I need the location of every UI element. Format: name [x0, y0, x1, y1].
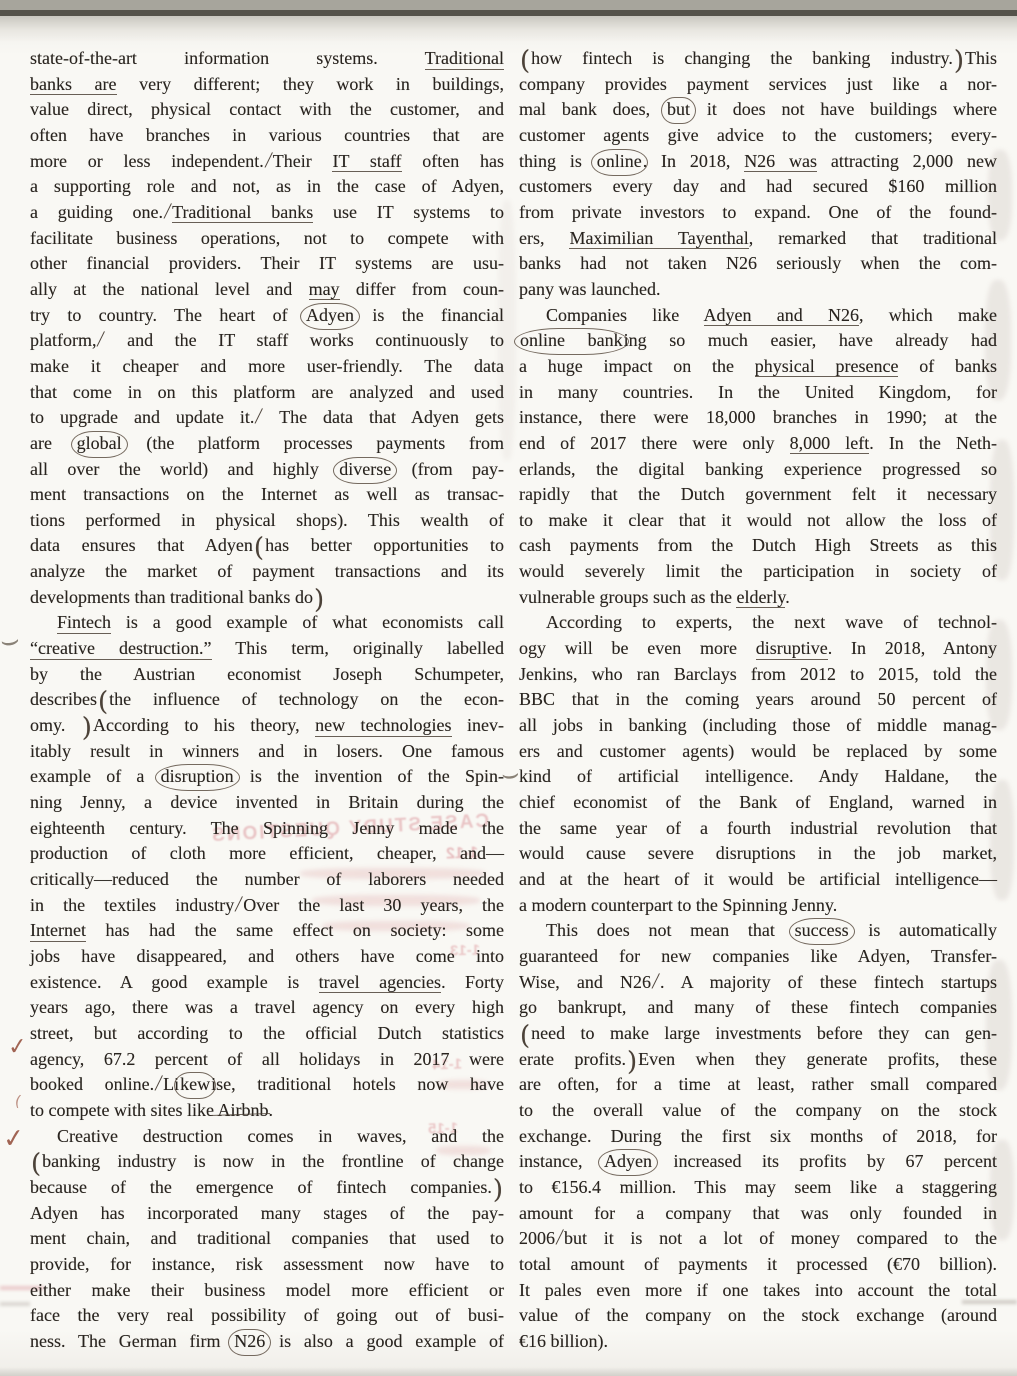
checkmark: ✓: [2, 1125, 26, 1153]
checkmark: ✓: [7, 1035, 29, 1060]
breve-check-mark: ⌣: [500, 759, 521, 789]
margin-marks: ⌣✓(✓⌣: [0, 0, 1017, 1376]
breve-check-mark: ⌣: [0, 625, 22, 657]
small-paren-mark: (: [14, 1094, 23, 1110]
scanned-page: CASE STUDY QUESTIONS1-121-131-141-15 sta…: [0, 0, 1017, 1376]
